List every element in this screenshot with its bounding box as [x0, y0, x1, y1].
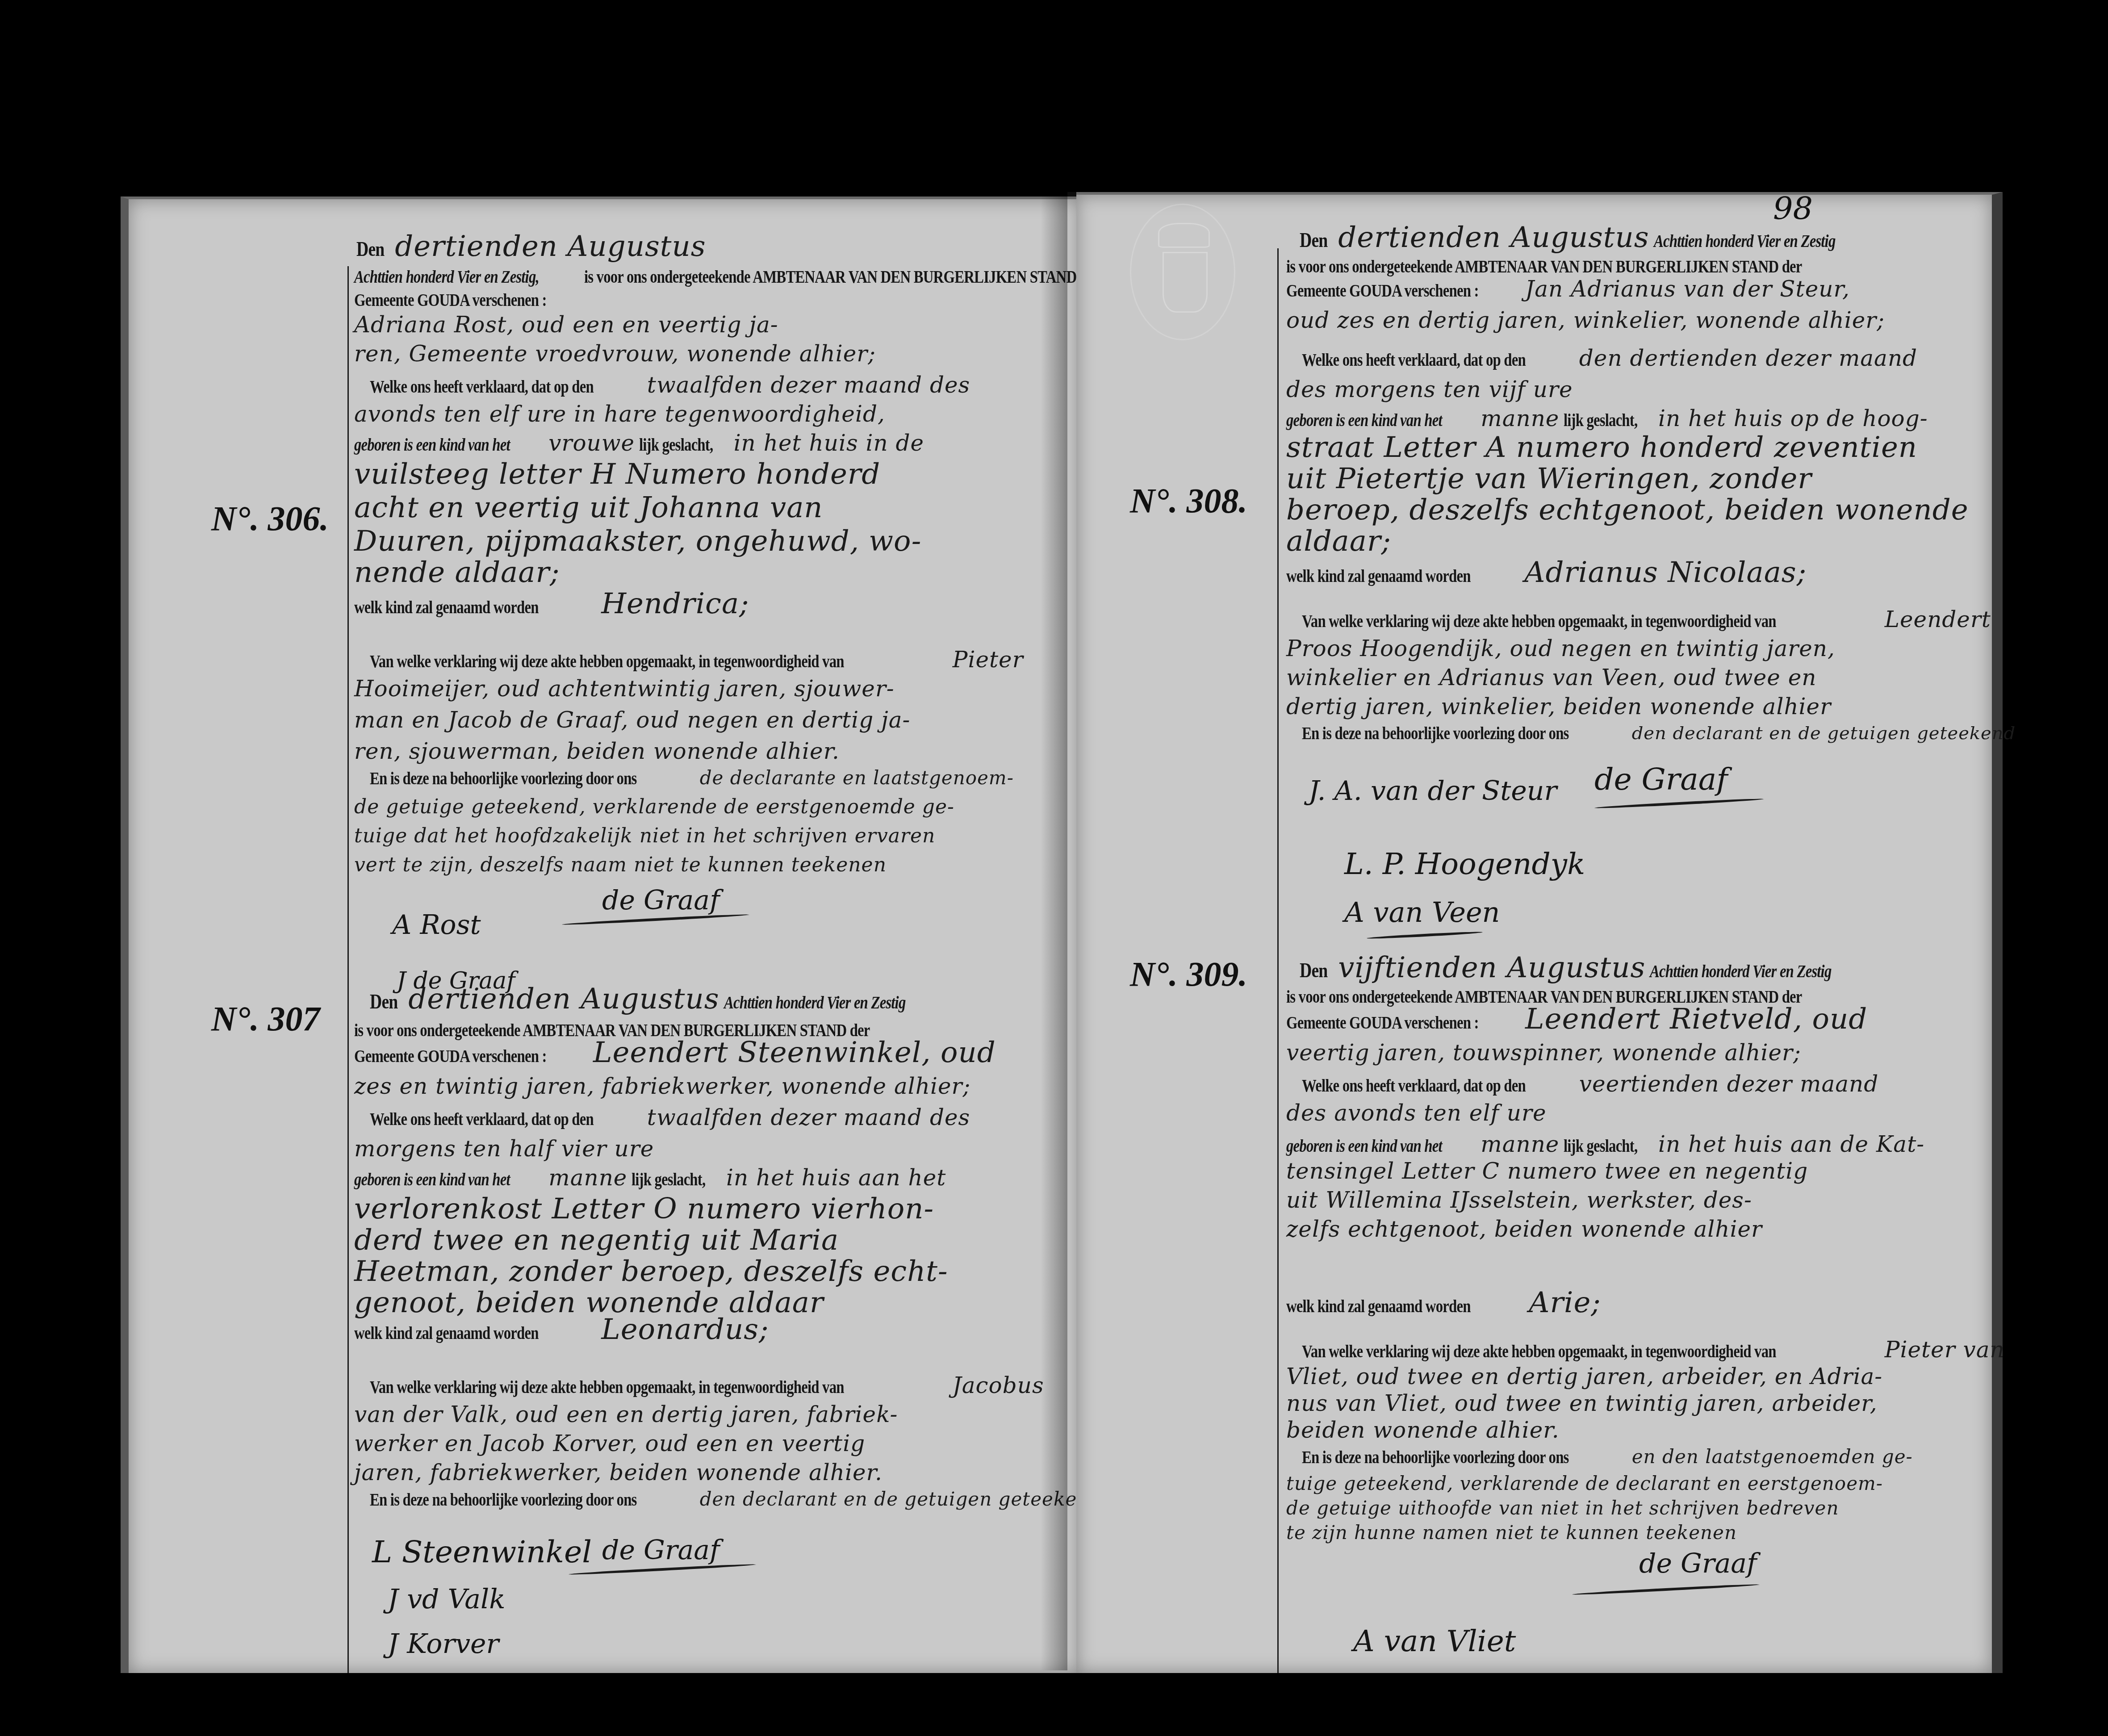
hw-witness-2: nus van Vliet, oud twee en twintig jaren… [1286, 1392, 1878, 1415]
printed-born: geboren is een kind van het [354, 433, 510, 456]
declared-line: Welke ons heeft verklaard, dat op den tw… [370, 1106, 970, 1131]
printed-witnesses: Van welke verklaring wij deze akte hebbe… [370, 650, 844, 673]
declared-line: Welke ons heeft verklaard, dat op den de… [1302, 347, 1917, 372]
hw-closing-0: de declarante en laatstgenoem- [700, 767, 1014, 789]
hw-birth-date: veertienden dezer maand [1579, 1071, 1878, 1097]
witness-line: Van welke verklaring wij deze akte hebbe… [370, 648, 1024, 673]
seal-crown-icon [1158, 223, 1210, 248]
hw-witness-1: van der Valk, oud een en dertig jaren, f… [354, 1403, 898, 1426]
hw-witness-0: Pieter [953, 647, 1024, 673]
printed-named: welk kind zal genaamd worden [354, 1322, 539, 1345]
hw-birth-date: twaalfden dezer maand des [647, 372, 970, 398]
hw-witness-3: jaren, fabriekwerker, beiden wonende alh… [354, 1461, 883, 1484]
signature-declarant: L Steenwinkel [372, 1535, 592, 1570]
hw-date: dertienden Augustus [395, 230, 706, 263]
printed-year: Achttien honderd Vier en Zestig [1650, 960, 1831, 983]
hw-closing-2: tuige dat het hoofdzakelijk niet in het … [354, 824, 935, 848]
hw-sex: vrouwe [548, 430, 635, 456]
hw-sex: manne [1481, 406, 1559, 431]
signature-witness: A van Vliet [1353, 1624, 1516, 1658]
signature-official: de Graaf [602, 1535, 719, 1566]
hw-witness-2: winkelier en Adrianus van Veen, oud twee… [1286, 666, 1817, 689]
hw-place-3: Duuren, pijpmaakster, ongehuwd, wo- [354, 530, 921, 553]
hw-closing-0: en den laatstgenoemden ge- [1632, 1446, 1913, 1468]
printed-official-line: is voor ons ondergeteekende AMBTENAAR VA… [1286, 255, 1915, 278]
reading-line: En is deze na behoorlijke voorlezing doo… [370, 766, 1014, 790]
entry-number: N°. 308. [1130, 481, 1247, 521]
signature-official: de Graaf [1594, 762, 1727, 797]
hw-witness-1: Hooimeijer, oud achtentwintig jaren, sjo… [354, 677, 895, 700]
date-line: Den dertienden Augustus Achttien honderd… [1300, 226, 1875, 253]
printed-witnesses: Van welke verklaring wij deze akte hebbe… [1302, 1340, 1776, 1363]
named-line: welk kind zal genaamd worden Leonardus; [354, 1318, 769, 1345]
entry-number: N°. 306. [211, 498, 329, 539]
hw-date: dertienden Augustus [408, 983, 719, 1016]
hw-place-0: in het huis in de [734, 430, 924, 456]
signature-declarant: J. A. van der Steur [1309, 775, 1557, 807]
date-line: Den vijftienden Augustus Achttien honder… [1300, 956, 1871, 983]
hw-sex: manne [1481, 1131, 1559, 1157]
hw-witness-0: Jacobus [953, 1372, 1044, 1398]
printed-reading: En is deze na behoorlijke voorlezing doo… [370, 767, 637, 790]
entry-number: N°. 309. [1130, 954, 1247, 994]
hw-place-4: aldaar; [1286, 530, 1391, 553]
printed-declared: Welke ons heeft verklaard, dat op den [1302, 1074, 1526, 1097]
printed-named: welk kind zal genaamd worden [354, 596, 539, 619]
gemeente-line: Gemeente GOUDA verschenen : Leendert Rie… [1286, 1008, 1867, 1034]
printed-gemeente: Gemeente GOUDA verschenen : [354, 289, 547, 312]
born-line: geboren is een kind van het manne lijk g… [1286, 1133, 1924, 1158]
hw-place-0: in het huis op de hoog- [1658, 406, 1928, 431]
margin-rule [347, 266, 349, 1673]
printed-year: Achttien honderd Vier en Zestig [1654, 230, 1835, 253]
reading-line: En is deze na behoorlijke voorlezing doo… [1302, 722, 2016, 745]
signature-witness-1: L. P. Hoogendyk [1344, 847, 1585, 881]
printed-sex-suffix: lijk geslacht, [639, 433, 713, 456]
hw-closing-1: de getuige geteekend, verklarende de eer… [354, 795, 954, 819]
printed-official: is voor ons ondergeteekende AMBTENAAR VA… [584, 265, 1100, 289]
declared-line: Welke ons heeft verklaard, dat op den ve… [1302, 1072, 1878, 1097]
printed-sex-suffix: lijk geslacht, [1564, 1134, 1637, 1158]
hw-child-name: Arie; [1529, 1286, 1601, 1319]
hw-declarant-0: Leendert Steenwinkel, oud [593, 1036, 996, 1069]
signature-witness-2: J Korver [388, 1628, 499, 1660]
hw-place-2: acht en veertig uit Johanna van [354, 496, 823, 519]
hw-witness-2: werker en Jacob Korver, oud een en veert… [354, 1432, 865, 1455]
hw-closing-0: den declarant en de getuigen geteekend [1632, 723, 2016, 744]
left-page: N°. 306. Den dertienden Augustus Achttie… [121, 197, 1080, 1673]
printed-gemeente: Gemeente GOUDA verschenen : [1286, 1011, 1479, 1034]
hw-place-1: verlorenkost Letter O numero vierhon- [354, 1197, 934, 1221]
hw-witness-1: Vliet, oud twee en dertig jaren, arbeide… [1286, 1365, 1882, 1388]
hw-place-4: nende aldaar; [354, 561, 560, 584]
printed-born: geboren is een kind van het [1286, 1134, 1442, 1158]
printed-named: welk kind zal genaamd worden [1286, 565, 1471, 588]
signature-witness-2: A van Veen [1344, 896, 1500, 929]
printed-gemeente: Gemeente GOUDA verschenen : [1286, 279, 1479, 302]
born-line: geboren is een kind van het vrouwe lijk … [354, 431, 924, 456]
hw-place-2: uit Pietertje van Wieringen, zonder [1286, 467, 1812, 490]
hw-child-name: Leonardus; [601, 1313, 769, 1346]
born-line: geboren is een kind van het manne lijk g… [1286, 407, 1928, 432]
reading-line: En is deze na behoorlijke voorlezing doo… [370, 1488, 1102, 1511]
hw-declarant-0: Jan Adrianus van der Steur, [1525, 276, 1850, 302]
printed-year: Achttien honderd Vier en Zestig [724, 991, 905, 1014]
printed-reading: En is deze na behoorlijke voorlezing doo… [1302, 1446, 1569, 1469]
hw-witness-3: dertig jaren, winkelier, beiden wonende … [1286, 695, 1831, 718]
named-line: welk kind zal genaamd worden Hendrica; [354, 592, 749, 619]
hw-place-2: derd twee en negentig uit Maria [354, 1229, 839, 1252]
folio-number: 98 [1773, 190, 1813, 227]
hw-birth-time: des morgens ten vijf ure [1286, 378, 1573, 401]
hw-closing-2: de getuige uithoofde van niet in het sch… [1286, 1497, 1839, 1520]
hw-witness-0: Leendert [1885, 607, 1991, 632]
witness-line: Van welke verklaring wij deze akte hebbe… [370, 1374, 1044, 1399]
signature-official: de Graaf [1639, 1548, 1757, 1579]
seal-shield-icon [1163, 252, 1208, 313]
signature-declarant: A Rost [392, 909, 481, 941]
date-line: Den dertienden Augustus Achttien honderd… [370, 987, 945, 1014]
hw-declarant-1: veertig jaren, touwspinner, wonende alhi… [1286, 1041, 1801, 1064]
witness-line: Van welke verklaring wij deze akte hebbe… [1302, 608, 1991, 633]
hw-declarant-2: ren, Gemeente vroedvrouw, wonende alhier… [354, 342, 876, 365]
margin-rule [1277, 248, 1279, 1673]
hw-date: vijftienden Augustus [1338, 951, 1645, 984]
signature-flourish [1367, 931, 1483, 940]
signature-flourish [1572, 1583, 1760, 1596]
printed-born: geboren is een kind van het [1286, 409, 1442, 432]
printed-declared: Welke ons heeft verklaard, dat op den [370, 1108, 594, 1131]
hw-place-1: vuilsteeg letter H Numero honderd [354, 463, 880, 486]
date-line: Den dertienden Augustus [356, 235, 706, 262]
hw-witness-1: Proos Hoogendijk, oud negen en twintig j… [1286, 637, 1835, 660]
printed-sex-suffix: lijk geslacht, [1564, 409, 1637, 432]
gemeente-line: Gemeente GOUDA verschenen : Jan Adrianus… [1286, 277, 1850, 302]
born-line: geboren is een kind van het manne lijk g… [354, 1166, 946, 1191]
printed-named: welk kind zal genaamd worden [1286, 1295, 1471, 1318]
printed-gemeente: Gemeente GOUDA verschenen : [354, 1045, 547, 1068]
right-page: 98 N°. 308. Den dertienden Augustus Acht… [1076, 192, 2003, 1673]
hw-birth-time: des avonds ten elf ure [1286, 1101, 1547, 1125]
embossed-seal [1130, 204, 1235, 340]
signature-flourish [1594, 798, 1764, 809]
hw-declarant-1: oud zes en dertig jaren, winkelier, wone… [1286, 309, 1885, 332]
printed-official: is voor ons ondergeteekende AMBTENAAR VA… [1286, 255, 1802, 278]
printed-witnesses: Van welke verklaring wij deze akte hebbe… [370, 1376, 844, 1399]
hw-closing-3: te zijn hunne namen niet te kunnen teeke… [1286, 1521, 1737, 1544]
hw-birth-time: morgens ten half vier ure [354, 1137, 654, 1160]
hw-birth-date: den dertienden dezer maand [1579, 345, 1917, 371]
reading-line: En is deze na behoorlijke voorlezing doo… [1302, 1445, 1913, 1469]
printed-born: geboren is een kind van het [354, 1168, 510, 1191]
hw-place-2: uit Willemina IJsselstein, werkster, des… [1286, 1188, 1752, 1212]
named-line: welk kind zal genaamd worden Arie; [1286, 1291, 1601, 1318]
hw-date: dertienden Augustus [1338, 221, 1649, 254]
printed-witnesses: Van welke verklaring wij deze akte hebbe… [1302, 610, 1776, 633]
hw-child-name: Hendrica; [601, 587, 749, 620]
hw-birth-date: twaalfden dezer maand des [647, 1104, 970, 1130]
hw-birth-time: avonds ten elf ure in hare tegenwoordigh… [354, 402, 885, 426]
hw-declarant-1: Adriana Rost, oud een en veertig ja- [354, 313, 778, 336]
hw-place-4: genoot, beiden wonende aldaar [354, 1291, 824, 1314]
named-line: welk kind zal genaamd worden Adrianus Ni… [1286, 561, 1807, 588]
hw-witness-3: ren, sjouwerman, beiden wonende alhier. [354, 740, 840, 763]
printed-sex-suffix: lijk geslacht, [632, 1168, 705, 1191]
entry-number: N°. 307 [211, 999, 320, 1039]
hw-place-3: zelfs echtgenoot, beiden wonende alhier [1286, 1217, 1762, 1241]
hw-witness-0: Pieter van [1885, 1337, 2005, 1363]
witness-line: Van welke verklaring wij deze akte hebbe… [1302, 1338, 2005, 1363]
signature-witness-1: J vd Valk [388, 1584, 506, 1615]
hw-declarant-1: zes en twintig jaren, fabriekwerker, won… [354, 1075, 970, 1098]
hw-place-0: in het huis aan de Kat- [1658, 1131, 1924, 1157]
gemeente-line: Gemeente GOUDA verschenen : Leendert Ste… [354, 1041, 996, 1068]
printed-gemeente-line: Gemeente GOUDA verschenen : [354, 289, 589, 312]
printed-declared: Welke ons heeft verklaard, dat op den [1302, 348, 1526, 372]
printed-den: Den [1300, 959, 1328, 982]
printed-year: Achttien honderd Vier en Zestig, [354, 265, 539, 289]
hw-witness-2: man en Jacob de Graaf, oud negen en dert… [354, 708, 910, 732]
hw-sex: manne [548, 1165, 627, 1191]
hw-place-3: Heetman, zonder beroep, deszelfs echt- [354, 1260, 948, 1283]
hw-closing-3: vert te zijn, deszelfs naam niet te kunn… [354, 853, 887, 877]
hw-declarant-0: Leendert Rietveld, oud [1525, 1003, 1867, 1036]
hw-place-0: in het huis aan het [726, 1165, 946, 1191]
hw-witness-3: beiden wonende alhier. [1286, 1418, 1560, 1442]
spine-shadow [1041, 197, 1067, 1670]
printed-declared: Welke ons heeft verklaard, dat op den [370, 375, 594, 398]
signature-official: de Graaf [602, 885, 719, 916]
printed-reading: En is deze na behoorlijke voorlezing doo… [1302, 722, 1569, 745]
hw-place-3: beroep, deszelfs echtgenoot, beiden wone… [1286, 498, 1969, 522]
hw-place-1: tensingel Letter C numero twee en negent… [1286, 1159, 1808, 1183]
printed-den: Den [370, 990, 398, 1013]
printed-den: Den [1300, 229, 1328, 252]
printed-den: Den [356, 238, 385, 261]
declared-line: Welke ons heeft verklaard, dat op den tw… [370, 373, 970, 398]
hw-child-name: Adrianus Nicolaas; [1524, 556, 1807, 589]
hw-place-1: straat Letter A numero honderd zeventien [1286, 436, 1917, 459]
hw-closing-1: tuige geteekend, verklarende de declaran… [1286, 1472, 1883, 1495]
printed-reading: En is deze na behoorlijke voorlezing doo… [370, 1488, 637, 1511]
